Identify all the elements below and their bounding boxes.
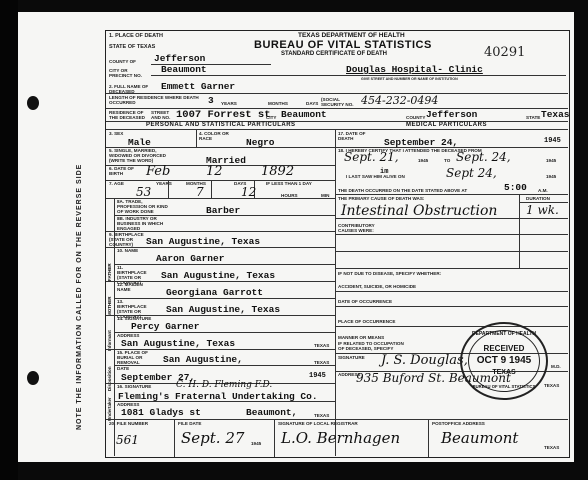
time-value: 5:00 [504,182,527,193]
birthplace-label: 9. BIRTHPLACE (STATE OR COUNTRY) [109,232,144,247]
postoffice-value: Beaumont [441,429,518,447]
res-state-label: STATE [526,115,540,120]
burial-date-label: DATE [117,366,129,371]
county-value: Jefferson [154,53,205,64]
file-number-value: 561 [116,433,139,447]
sex-label: 3. SEX [109,131,123,136]
ssn-label: (SOCIAL SECURITY NO. [321,97,361,107]
mother-maiden-label: 12. MAIDEN NAME [117,282,147,292]
manner-label: MANNER OR MEANS [338,335,384,340]
residence-years: 3 [208,95,214,106]
father-birthplace-value: San Augustine, Texas [161,270,275,281]
attended-from-year: 1945 [418,158,428,163]
date-of-death-label: 17. DATE OF DEATH [338,131,368,141]
registrar-label: SIGNATURE OF LOCAL REGISTRAR [278,421,358,426]
attended-from: Sept. 21, [344,150,399,164]
occurred-label: THE DEATH OCCURRED ON THE DATE STATED AB… [338,188,467,193]
marital-label: 5. SINGLE, MARRIED, WIDOWED OR DIVORCED … [109,148,174,163]
father-name-label: 10. NAME [117,248,138,253]
bureau-title: BUREAU OF VITAL STATISTICS [254,39,432,51]
informant-section-label: Informant [107,330,112,351]
years-label: YEARS [221,101,237,106]
father-name-value: Aaron Garner [156,253,224,264]
days-label: DAYS [306,101,318,106]
undertaker-section-label: Undertaker [107,397,112,421]
age-lt-day-label: IF LESS THAN 1 DAY [266,181,312,186]
undertaker-sig-label: 16. SIGNATURE [117,384,151,389]
industry-label: 8B. INDUSTRY OR BUSINESS IN WHICH ENGAGE… [117,216,172,231]
file-number-label: 20. FILE NUMBER [109,421,148,426]
primary-cause-value: Intestinal Obstruction [341,203,497,219]
signature-label: SIGNATURE [338,355,365,360]
father-section-label: FATHER [107,263,112,281]
full-name-value: Emmett Garner [161,81,235,92]
form-title: STANDARD CERTIFICATE OF DEATH [281,51,387,57]
residence-label: RESIDENCE OF THE DECEASED [109,110,151,120]
punch-hole [27,96,39,110]
age-label: 7. AGE [109,181,124,186]
city-value: Beaumont [161,64,207,75]
dept-title: TEXAS DEPARTMENT OF HEALTH [298,32,405,39]
city-label: CITY OR PRECINCT NO. [109,68,149,78]
stamp-received: RECEIVED [462,344,546,353]
texas-label: TEXAS [544,445,559,450]
res-county-label: COUNTY [406,115,425,120]
file-date-value: Sept. 27 [181,429,244,447]
state-label: STATE OF TEXAS [109,44,155,50]
side-note: NOTE THE INFORMATION CALLED FOR ON THE R… [76,164,83,430]
residence-length-label: LENGTH OF RESIDENCE WHERE DEATH OCCURRED [109,95,199,105]
burial-label: 15. PLACE OF BURIAL OR REMOVAL [117,350,149,365]
mother-birthplace-value: San Augustine, Texas [166,304,280,315]
undertaker-address-value: 1081 Gladys st [121,407,201,418]
texas-label: TEXAS [314,343,329,348]
scan-border-left [0,0,18,480]
informant-address-value: San Augustine, Texas [121,338,235,349]
attended-to: Sept. 24, [456,150,511,164]
stamp-bottom-text: BUREAU OF VITAL STATISTICS [462,384,546,389]
place-of-death-label: 1. PLACE OF DEATH [109,33,163,39]
months-label: MONTHS [268,101,288,106]
street-label: STREET AND NO. [151,110,177,120]
contributory-label: CONTRIBUTORY CAUSES WERE: [338,223,383,233]
personal-section-title: PERSONAL AND STATISTICAL PARTICULARS [146,122,296,128]
age-days: 12 [241,185,256,199]
ampm-value: a.m. [538,188,548,193]
birthplace-value: San Augustine, Texas [146,236,260,247]
undertaker-city-value: Beaumont, [246,407,297,418]
res-state-value: Texas [541,109,570,120]
age-years: 53 [136,185,151,199]
accident-label: ACCIDENT, SUICIDE, OR HOMICIDE [338,284,416,289]
res-county-value: Jefferson [426,109,477,120]
dob-month: Feb [146,164,170,179]
color-label: 4. COLOR OR RACE [199,131,229,141]
mother-section-label: MOTHER [107,297,112,317]
occupation-label: 8A. TRADE, PROFESSION OR KIND OF WORK DO… [117,199,172,214]
texas-label: TEXAS [314,413,329,418]
postoffice-label: POSTOFFICE ADDRESS [432,421,485,426]
to-label: TO [444,158,450,163]
disposition-section-label: Disposition [107,367,112,392]
file-year: 1945 [251,441,261,446]
res-city-value: Beaumont [281,109,327,120]
burial-year: 1945 [309,372,326,380]
duration-label: DURATION [526,196,550,201]
not-disease-label: IF NOT DUE TO DISEASE, SPECIFY WHETHER: [338,271,441,276]
dob-year: 1892 [261,164,294,179]
file-date-label: FILE DATE [178,421,201,426]
him-value: im [380,168,388,176]
occurrence-date-label: DATE OF OCCURRENCE [338,299,392,304]
certificate-number: 40291 [484,45,525,60]
attended-to-year: 1945 [546,158,556,163]
institution-label: GIVE STREET AND NUMBER OR NAME OF INSTIT… [361,77,458,82]
primary-cause-label: THE PRIMARY CAUSE OF DEATH WAS: [338,196,424,201]
punch-hole [27,371,39,385]
stamp-state: TEXAS [462,369,546,376]
dob-day: 12 [206,164,223,179]
last-saw-year: 1945 [546,174,556,179]
stamp-top-text: DEPARTMENT OF HEALTH [462,331,546,337]
medical-section-title: MEDICAL PARTICULARS [406,122,487,128]
texas-label: TEXAS [544,383,559,388]
md-label: M.D. [551,364,561,369]
received-stamp: DEPARTMENT OF HEALTH RECEIVED OCT 9 1945… [460,322,548,400]
res-city-label: CITY [266,115,276,120]
age-months: 7 [196,185,204,199]
institution-value: Douglas Hospital- Clinic [346,64,483,75]
registrar-signature: L.O. Bernhagen [281,429,400,447]
age-years-label: YEARS [156,181,172,186]
ssn-value: 454-232-0494 [361,94,438,107]
related-label: IF RELATED TO OCCUPATION OF DECEASED, SP… [338,341,408,351]
stamp-date: OCT 9 1945 [462,355,546,366]
occurrence-place-label: PLACE OF OCCURRENCE [338,319,395,324]
mother-maiden-value: Georgiana Garrott [166,287,263,298]
burial-place-value: San Augustine, [163,354,243,365]
street-value: 1007 Forrest st [176,109,271,121]
dob-label: 6. DATE OF BIRTH [109,166,137,176]
county-label: COUNTY OF [109,59,136,64]
last-saw-value: Sept 24, [446,166,497,180]
death-year: 1945 [544,137,561,145]
undertaker-signature: C. H. D. Fleming F.D. [176,380,272,390]
informant-value: Percy Garner [131,321,199,332]
last-saw-label: I LAST SAW HIM ALIVE ON [346,174,405,179]
physician-signature: J. S. Douglas, [381,353,468,368]
duration-value: 1 wk. [526,203,559,217]
